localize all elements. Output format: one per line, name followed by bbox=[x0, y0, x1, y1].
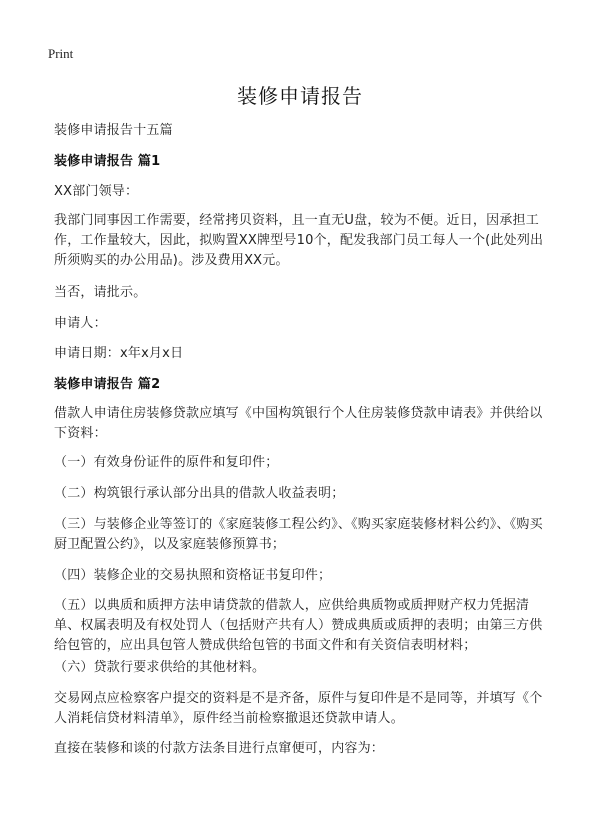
approval-request: 当否，请批示。 bbox=[54, 283, 554, 303]
salutation: XX部门领导： bbox=[54, 182, 554, 202]
list-item: （四）装修企业的交易执照和资格证书复印件； bbox=[54, 566, 554, 586]
list-item: （一）有效身份证件的原件和复印件； bbox=[54, 453, 554, 473]
list-item: （三）与装修企业等签订的《家庭装修工程公约》、《购买家庭装修材料公约》、《购买厨… bbox=[54, 515, 554, 555]
applicant-label: 申请人： bbox=[54, 314, 554, 334]
application-date: 申请日期：x年x月x日 bbox=[54, 344, 554, 364]
payment-paragraph: 直接在装修和谈的付款方法条目进行点窜便可，内容为： bbox=[54, 739, 554, 759]
list-item: （二）构筑银行承认部分出具的借款人收益表明； bbox=[54, 484, 554, 504]
check-paragraph: 交易网点应检察客户提交的资料是不是齐备，原件与复印件是不是同等，并填写《个人消耗… bbox=[54, 689, 554, 729]
document-page: Print 装修申请报告 装修申请报告十五篇 装修申请报告 篇1 XX部门领导：… bbox=[0, 0, 600, 828]
section1-body: 我部门同事因工作需要，经常拷贝资料，且一直无U盘，较为不便。近日，因承担工作，工… bbox=[54, 211, 554, 271]
section2-intro: 借款人申请住房装修贷款应填写《中国构筑银行个人住房装修贷款申请表》并供给以下资料… bbox=[54, 404, 554, 444]
document-title: 装修申请报告 bbox=[0, 80, 600, 109]
list-item: （五）以典质和质押方法申请贷款的借款人，应供给典质物或质押财产权力凭据清单、权属… bbox=[54, 596, 554, 656]
document-subtitle: 装修申请报告十五篇 bbox=[54, 121, 554, 141]
section-heading-2: 装修申请报告 篇2 bbox=[54, 375, 554, 395]
list-item: （六）贷款行要求供给的其他材料。 bbox=[54, 658, 554, 678]
section-heading-1: 装修申请报告 篇1 bbox=[54, 152, 554, 172]
print-label: Print bbox=[48, 46, 73, 62]
